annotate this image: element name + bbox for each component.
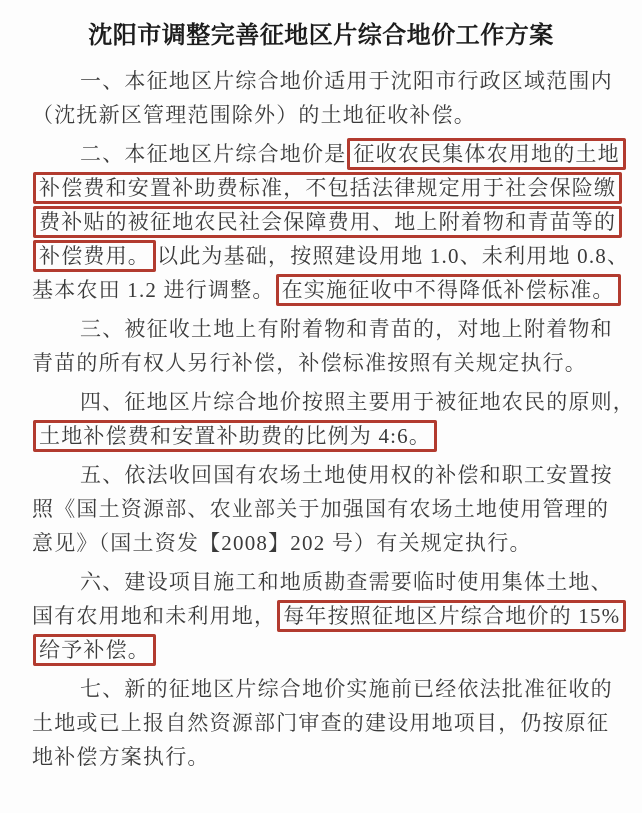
body-text: 土地或已上报自然资源部门审查的建设用地项目，仍按原征 (32, 711, 609, 735)
text-line: 国有农用地和未利用地，每年按照征地区片综合地价的 15% (32, 599, 610, 633)
highlighted-text: 给予补偿。 (33, 634, 156, 666)
document-page: 沈阳市调整完善征地区片综合地价工作方案 一、本征地区片综合地价适用于沈阳市行政区… (0, 0, 642, 813)
body-text: （沈抚新区管理范围除外）的土地征收补偿。 (32, 103, 476, 127)
body-text: 七、新的征地区片综合地价实施前已经依法批准征收的 (80, 677, 613, 701)
body-text: 二、本征地区片综合地价是 (80, 142, 346, 166)
body-text: 三、被征收土地上有附着物和青苗的，对地上附着物和 (80, 317, 613, 341)
highlighted-text: 每年按照征地区片综合地价的 15% (277, 600, 626, 632)
body-text: 基本农田 1.2 进行调整。 (32, 278, 275, 302)
highlighted-text: 征收农民集体农用地的土地 (347, 138, 625, 170)
highlighted-text: 在实施征收中不得降低补偿标准。 (276, 274, 621, 306)
text-line: 照《国土资源部、农业部关于加强国有农场土地使用管理的 (32, 492, 610, 526)
body-text: 四、征地区片综合地价按照主要用于被征地农民的原则， (80, 390, 635, 414)
text-line: 补偿费和安置补助费标准，不包括法律规定用于社会保险缴 (32, 171, 610, 205)
text-line: 土地或已上报自然资源部门审查的建设用地项目，仍按原征 (32, 706, 610, 740)
body-text: 五、依法收回国有农场土地使用权的补偿和职工安置按 (80, 463, 613, 487)
highlighted-text: 土地补偿费和安置补助费的比例为 4:6。 (33, 420, 437, 452)
body-text: 青苗的所有权人另行补偿，补偿标准按照有关规定执行。 (32, 351, 587, 375)
paragraph: 六、建设项目施工和地质勘查需要临时使用集体土地、国有农用地和未利用地，每年按照征… (32, 565, 610, 667)
body-text: 一、本征地区片综合地价适用于沈阳市行政区域范围内 (80, 69, 613, 93)
paragraph: 二、本征地区片综合地价是征收农民集体农用地的土地补偿费和安置补助费标准，不包括法… (32, 137, 610, 307)
text-line: 土地补偿费和安置补助费的比例为 4:6。 (32, 419, 610, 453)
text-line: 五、依法收回国有农场土地使用权的补偿和职工安置按 (32, 458, 610, 492)
body-text: 意见》（国土资发【2008】202 号）有关规定执行。 (32, 531, 532, 555)
highlighted-text: 补偿费用。 (33, 240, 156, 272)
text-line: 补偿费用。以此为基础，按照建设用地 1.0、未利用地 0.8、 (32, 239, 610, 273)
body-text: 六、建设项目施工和地质勘查需要临时使用集体土地、 (80, 570, 613, 594)
body-text: 国有农用地和未利用地， (32, 604, 276, 628)
paragraph: 三、被征收土地上有附着物和青苗的，对地上附着物和青苗的所有权人另行补偿，补偿标准… (32, 312, 610, 380)
text-line: 费补贴的被征地农民社会保障费用、地上附着物和青苗等的 (32, 205, 610, 239)
highlighted-text: 补偿费和安置补助费标准，不包括法律规定用于社会保险缴 (33, 172, 622, 204)
text-line: 二、本征地区片综合地价是征收农民集体农用地的土地 (32, 137, 610, 171)
paragraph: 四、征地区片综合地价按照主要用于被征地农民的原则，土地补偿费和安置补助费的比例为… (32, 385, 610, 453)
paragraph: 一、本征地区片综合地价适用于沈阳市行政区域范围内（沈抚新区管理范围除外）的土地征… (32, 64, 610, 132)
text-line: 地补偿方案执行。 (32, 740, 610, 774)
paragraph: 七、新的征地区片综合地价实施前已经依法批准征收的土地或已上报自然资源部门审查的建… (32, 672, 610, 774)
highlighted-text: 费补贴的被征地农民社会保障费用、地上附着物和青苗等的 (33, 206, 622, 238)
text-line: 三、被征收土地上有附着物和青苗的，对地上附着物和 (32, 312, 610, 346)
body-text: 以此为基础，按照建设用地 1.0、未利用地 0.8、 (157, 244, 629, 268)
text-line: 基本农田 1.2 进行调整。在实施征收中不得降低补偿标准。 (32, 273, 610, 307)
document-title: 沈阳市调整完善征地区片综合地价工作方案 (32, 20, 610, 52)
text-line: 青苗的所有权人另行补偿，补偿标准按照有关规定执行。 (32, 346, 610, 380)
text-line: 六、建设项目施工和地质勘查需要临时使用集体土地、 (32, 565, 610, 599)
text-line: 一、本征地区片综合地价适用于沈阳市行政区域范围内 (32, 64, 610, 98)
body-text: 地补偿方案执行。 (32, 745, 210, 769)
text-line: 意见》（国土资发【2008】202 号）有关规定执行。 (32, 526, 610, 560)
text-line: 七、新的征地区片综合地价实施前已经依法批准征收的 (32, 672, 610, 706)
document-body: 一、本征地区片综合地价适用于沈阳市行政区域范围内（沈抚新区管理范围除外）的土地征… (32, 64, 610, 774)
text-line: 四、征地区片综合地价按照主要用于被征地农民的原则， (32, 385, 610, 419)
body-text: 照《国土资源部、农业部关于加强国有农场土地使用管理的 (32, 497, 609, 521)
text-line: 给予补偿。 (32, 633, 610, 667)
paragraph: 五、依法收回国有农场土地使用权的补偿和职工安置按照《国土资源部、农业部关于加强国… (32, 458, 610, 560)
text-line: （沈抚新区管理范围除外）的土地征收补偿。 (32, 98, 610, 132)
